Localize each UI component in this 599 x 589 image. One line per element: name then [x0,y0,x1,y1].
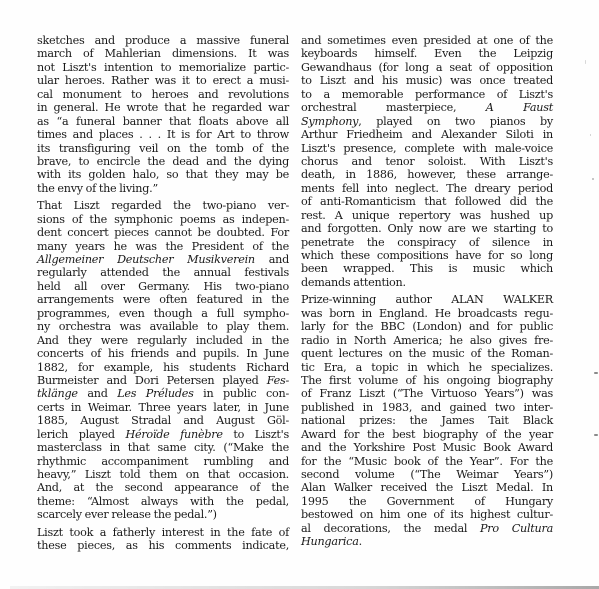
text-fragment: and [255,253,289,266]
text-line: with its golden halo, so that they may b… [37,168,289,181]
text-line: its transfiguring veil on the tomb of th… [37,142,289,155]
paragraph-two-piano-versions: That Liszt regarded the two-piano ver- s… [37,199,289,522]
text-line: many years he was the President of the [37,240,289,253]
scan-speck [594,372,598,374]
text-line: quent lectures on the music of the Roman… [301,347,553,360]
text-line: ments fell into neglect. The dreary peri… [301,182,553,195]
text-line: of Franz Liszt (“The Virtuoso Years”) wa… [301,387,553,400]
text-line: been wrapped. This is music which [301,262,553,275]
text-fragment: and [78,387,117,400]
text-fragment: . [359,535,362,548]
text-line: 1995 the Government of Hungary [301,495,553,508]
text-line: tic Era, a topic in which he specializes… [301,361,553,374]
text-line: That Liszt regarded the two-piano ver- [37,199,289,212]
italic-title-musikverein: Allgemeiner Deutscher Musikverein [37,253,255,266]
text-line: held all over Germany. His two-piano [37,280,289,293]
text-line: Prize-winning author ALAN WALKER [301,293,553,306]
text-line: keyboards himself. Even the Leipzig [301,47,553,60]
text-line: Liszt took a fatherly interest in the fa… [37,526,289,539]
paragraph-author-bio: Prize-winning author ALAN WALKER was bor… [301,293,553,548]
text-line: as “a funeral banner that floats above a… [37,115,289,128]
paragraph-funeral-march: sketches and produce a massive funeral m… [37,34,289,195]
text-line: and the Yorkshire Post Music Book Award [301,441,553,454]
text-line: and forgotten. Only now are we starting … [301,222,553,235]
italic-title-heroide-funebre: Héroïde funèbre [125,428,222,441]
text-line: these pieces, as his comments indicate, [37,539,289,552]
text-line: brave, to encircle the dead and the dyin… [37,155,289,168]
text-line: concerts of his friends and pupils. In J… [37,347,289,360]
text-line: dent concert pieces cannot be doubted. F… [37,226,289,239]
left-column: sketches and produce a massive funeral m… [37,34,289,553]
text-fragment: al decorations, the medal [301,522,480,535]
text-fragment: Burmeister and Dori Petersen played [37,374,267,387]
text-line: to Liszt and his music) was once treated [301,74,553,87]
text-line: rest. A unique repertory was hushed up [301,209,553,222]
right-column: and sometimes even presided at one of th… [301,34,553,549]
text-line: theme: “Almost always with the pedal, [37,495,289,508]
text-line: was born in England. He broadcasts regu- [301,307,553,320]
text-line: radio in North America; he also gives fr… [301,334,553,347]
text-line: Gewandhaus (for long a seat of oppositio… [301,61,553,74]
text-line: arrangements were often featured in the [37,293,289,306]
text-fragment: lerich played [37,428,125,441]
text-line: certs in Weimar. Three years later, in J… [37,401,289,414]
text-line: not Liszt's intention to memorialize par… [37,61,289,74]
text-line: penetrate the conspiracy of silence in [301,236,553,249]
text-fragment: , played on two pianos by [358,115,553,128]
text-line: for the “Music book of the Year”. For th… [301,455,553,468]
paragraph-fatherly-interest: Liszt took a fatherly interest in the fa… [37,526,289,553]
text-line: to a memorable performance of Liszt's [301,88,553,101]
italic-title-les-preludes: Les Préludes [117,387,193,400]
text-line: The first volume of his ongoing biograph… [301,374,553,387]
text-line: the envy of the living.” [37,182,289,195]
text-line: Allgemeiner Deutscher Musikverein and [37,253,289,266]
scan-speck [592,178,594,180]
text-fragment: to Liszt's [223,428,289,441]
text-line: tklänge and Les Préludes in public con- [37,387,289,400]
text-line: sketches and produce a massive funeral [37,34,289,47]
text-line: 1882, for example, his students Richard [37,361,289,374]
text-line: Liszt's presence, complete with male-voi… [301,142,553,155]
text-line: rhythmic accompaniment rumbling and [37,455,289,468]
scan-speck [590,134,591,136]
text-line: masterclass in that same city. (“Make th… [37,441,289,454]
text-line: heavy,” Liszt told them on that occasion… [37,468,289,481]
text-line: 1885, August Stradal and August Göl- [37,414,289,427]
text-line: Alan Walker received the Liszt Medal. In [301,481,553,494]
text-line: orchestral masterpiece, A Faust [301,101,553,114]
text-line: of anti-Romanticism that followed did th… [301,195,553,208]
text-fragment: in public con- [194,387,289,400]
text-line: cal monument to heroes and revolutions [37,88,289,101]
scan-speck [594,434,598,436]
text-line: which these compositions have for so lon… [301,249,553,262]
text-line: sions of the symphonic poems as indepen- [37,213,289,226]
text-line: times and places . . . It is for Art to … [37,128,289,141]
text-fragment: orchestral masterpiece, [301,101,486,114]
text-line: lerich played Héroïde funèbre to Liszt's [37,428,289,441]
text-line: programmes, even though a full sympho- [37,307,289,320]
text-line: Burmeister and Dori Petersen played Fes- [37,374,289,387]
italic-title-festklange-cont: tklänge [37,387,78,400]
text-line: published in 1983, and gained two inter- [301,401,553,414]
text-line: death, in 1886, however, these arrange- [301,168,553,181]
text-line: and sometimes even presided at one of th… [301,34,553,47]
text-line: national prizes: the James Tait Black [301,414,553,427]
text-line: Award for the best biography of the year [301,428,553,441]
text-line: larly for the BBC (London) and for publi… [301,320,553,333]
italic-title-faust-symphony: A Faust [486,101,553,114]
scan-speck [585,60,586,64]
text-line: ny orchestra was available to play them. [37,320,289,333]
text-line: march of Mahlerian dimensions. It was [37,47,289,60]
italic-title-festklange: Fes- [267,374,289,387]
text-line: chorus and tenor soloist. With Liszt's [301,155,553,168]
text-line: in general. He wrote that he regarded wa… [37,101,289,114]
text-line: And they were regularly included in the [37,334,289,347]
text-line: Arthur Friedheim and Alexander Siloti in [301,128,553,141]
text-line: al decorations, the medal Pro Cultura [301,522,553,535]
document-page: sketches and produce a massive funeral m… [0,0,599,589]
text-line: demands attention. [301,276,553,289]
text-line: bestowed on him one of its highest cultu… [301,508,553,521]
italic-title-faust-symphony-cont: Symphony [301,115,358,128]
text-line: ular heroes. Rather was it to erect a mu… [37,74,289,87]
italic-title-pro-cultura: Pro Cultura [480,522,553,535]
italic-title-hungarica: Hungarica [301,535,359,548]
text-line: And, at the second appearance of the [37,481,289,494]
text-line: regularly attended the annual festivals [37,266,289,279]
text-line: second volume (“The Weimar Years”) [301,468,553,481]
text-line: scarcely ever release the pedal.”) [37,508,289,521]
paragraph-gewandhaus: and sometimes even presided at one of th… [301,34,553,289]
text-line: Hungarica. [301,535,553,548]
text-line: Symphony, played on two pianos by [301,115,553,128]
